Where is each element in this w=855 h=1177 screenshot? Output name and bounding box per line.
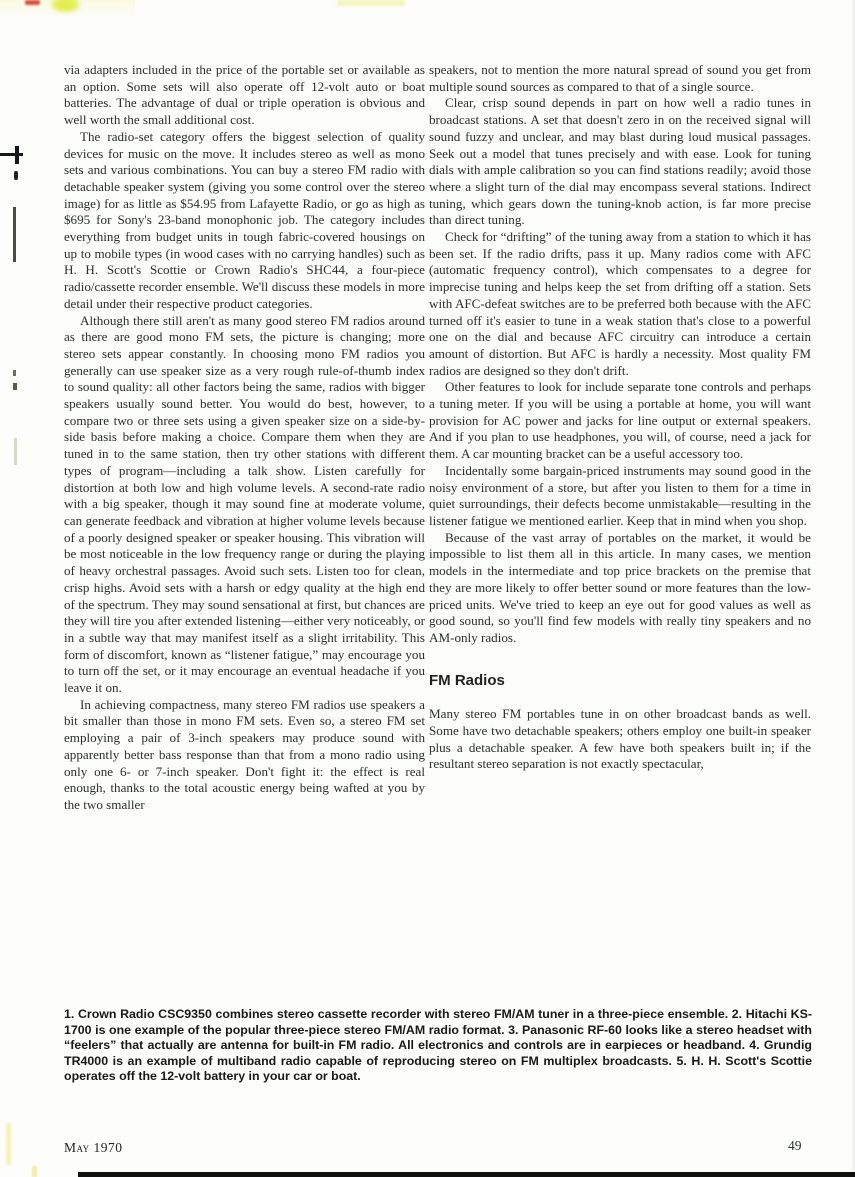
body-paragraph: Because of the vast array of portables o… xyxy=(429,530,811,647)
margin-faint-dash xyxy=(14,438,17,465)
margin-cross-mark xyxy=(0,153,23,156)
magazine-page: via adapters included in the price of th… xyxy=(0,0,855,1177)
yellow-streak-bottom-left xyxy=(32,1166,37,1177)
body-paragraph: Clear, crisp sound depends in part on ho… xyxy=(429,95,811,229)
bottom-black-bar xyxy=(78,1172,855,1177)
page-edge-shadow xyxy=(851,0,855,1177)
right-column: speakers, not to mention the more natura… xyxy=(429,62,811,773)
photo-caption: 1. Crown Radio CSC9350 combines stereo c… xyxy=(64,1007,812,1085)
body-paragraph: Check for “drifting” of the tuning away … xyxy=(429,229,811,379)
section-heading-fm-radios: FM Radios xyxy=(429,673,811,690)
left-column: via adapters included in the price of th… xyxy=(64,62,425,814)
yellow-streak-bottom-left xyxy=(6,1123,11,1165)
body-paragraph: The radio-set category offers the bigges… xyxy=(64,129,425,313)
margin-vertical-line xyxy=(13,207,16,262)
body-paragraph: Many stereo FM portables tune in on othe… xyxy=(429,706,811,773)
body-paragraph: speakers, not to mention the more natura… xyxy=(429,62,811,95)
body-paragraph: In achieving compactness, many stereo FM… xyxy=(64,697,425,814)
body-paragraph: Other features to look for include separ… xyxy=(429,379,811,463)
issue-date: May 1970 xyxy=(64,1140,123,1156)
yellow-strip-top xyxy=(337,0,405,6)
body-paragraph: via adapters included in the price of th… xyxy=(64,62,425,129)
margin-tick-mark xyxy=(14,171,18,180)
body-paragraph: Although there still aren't as many good… xyxy=(64,313,425,697)
margin-dot xyxy=(13,383,17,390)
page-number: 49 xyxy=(788,1138,802,1154)
body-paragraph: Incidentally some bargain-priced instrum… xyxy=(429,463,811,530)
margin-cross-mark-vertical xyxy=(15,146,19,164)
red-ink-mark xyxy=(25,0,40,5)
margin-dot xyxy=(13,370,16,376)
